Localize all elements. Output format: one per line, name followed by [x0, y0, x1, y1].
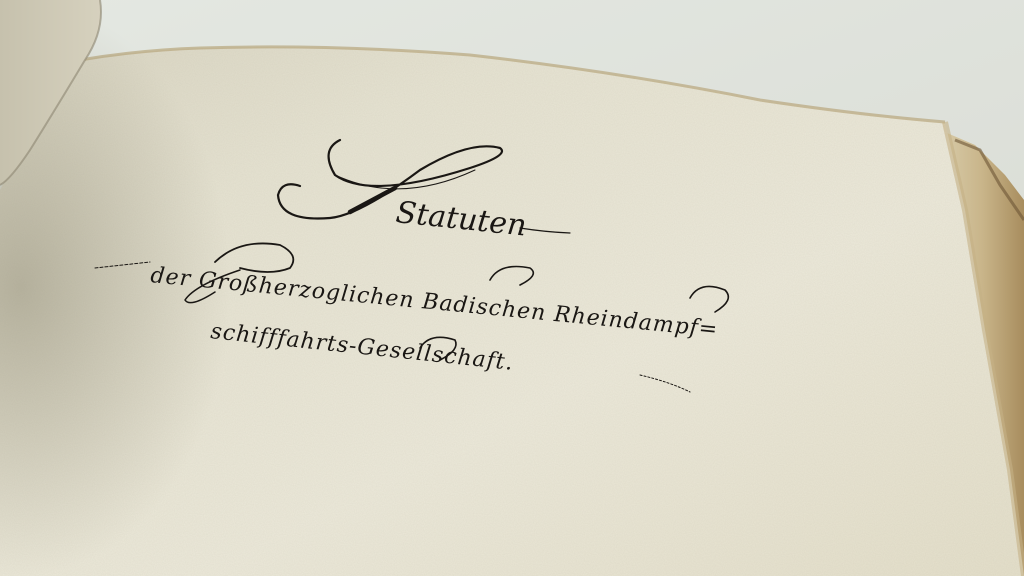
book: Statuten der Großherzoglichen Badischen …: [0, 0, 1024, 576]
photo-scene: Statuten der Großherzoglichen Badischen …: [0, 0, 1024, 576]
